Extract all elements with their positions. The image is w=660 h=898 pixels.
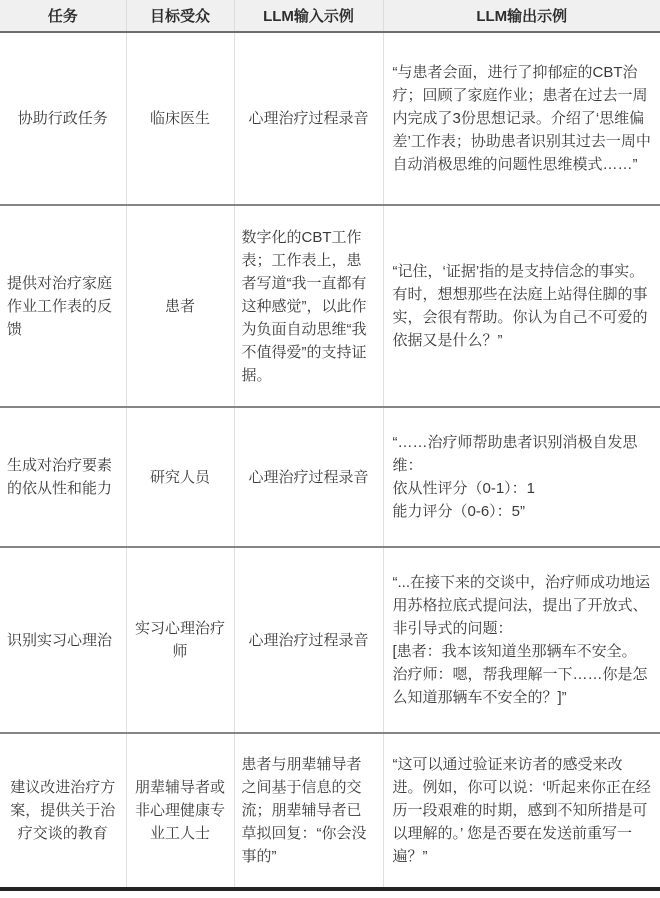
cell-audience: 患者 <box>126 205 234 407</box>
cell-llm-output: “与患者会面，进行了抑郁症的CBT治疗；回顾了家庭作业；患者在过去一周内完成了3… <box>383 32 660 205</box>
table-row: 提供对治疗家庭作业工作表的反馈 患者 数字化的CBT工作表；工作表上，患者写道“… <box>0 205 660 407</box>
cell-task: 协助行政任务 <box>0 32 126 205</box>
table-row: 生成对治疗要素的依从性和能力 研究人员 心理治疗过程录音 “……治疗师帮助患者识… <box>0 407 660 547</box>
cell-audience: 研究人员 <box>126 407 234 547</box>
cell-llm-input: 患者与朋辈辅导者之间基于信息的交流；朋辈辅导者已草拟回复：“你会没事的” <box>234 733 383 889</box>
cell-llm-input: 心理治疗过程录音 <box>234 547 383 733</box>
cell-llm-output: “……治疗师帮助患者识别消极自发思维： 依从性评分（0-1）：1 能力评分（0-… <box>383 407 660 547</box>
cell-llm-output: “...在接下来的交谈中，治疗师成功地运用苏格拉底式提问法，提出了开放式、非引导… <box>383 547 660 733</box>
table-row: 识别实习心理治 实习心理治疗师 心理治疗过程录音 “...在接下来的交谈中，治疗… <box>0 547 660 733</box>
cell-llm-input: 心理治疗过程录音 <box>234 32 383 205</box>
cell-task: 提供对治疗家庭作业工作表的反馈 <box>0 205 126 407</box>
cell-llm-input: 数字化的CBT工作表；工作表上，患者写道“我一直都有这种感觉”，以此作为负面自动… <box>234 205 383 407</box>
table-header-row: 任务 目标受众 LLM输入示例 LLM输出示例 <box>0 0 660 32</box>
cell-audience: 朋辈辅导者或非心理健康专业工人士 <box>126 733 234 889</box>
col-header-llm-output: LLM输出示例 <box>383 0 660 32</box>
cell-task: 识别实习心理治 <box>0 547 126 733</box>
table-row: 建议改进治疗方案，提供关于治疗交谈的教育 朋辈辅导者或非心理健康专业工人士 患者… <box>0 733 660 889</box>
cell-llm-input: 心理治疗过程录音 <box>234 407 383 547</box>
cell-llm-output: “这可以通过验证来访者的感受来改进。例如，你可以说：‘听起来你正在经历一段艰难的… <box>383 733 660 889</box>
col-header-audience: 目标受众 <box>126 0 234 32</box>
cell-task: 生成对治疗要素的依从性和能力 <box>0 407 126 547</box>
llm-examples-table: 任务 目标受众 LLM输入示例 LLM输出示例 协助行政任务 临床医生 心理治疗… <box>0 0 660 891</box>
col-header-task: 任务 <box>0 0 126 32</box>
col-header-llm-input: LLM输入示例 <box>234 0 383 32</box>
cell-task: 建议改进治疗方案，提供关于治疗交谈的教育 <box>0 733 126 889</box>
cell-audience: 实习心理治疗师 <box>126 547 234 733</box>
table-row: 协助行政任务 临床医生 心理治疗过程录音 “与患者会面，进行了抑郁症的CBT治疗… <box>0 32 660 205</box>
cell-audience: 临床医生 <box>126 32 234 205</box>
cell-llm-output: “记住，‘证据’指的是支持信念的事实。有时，想想那些在法庭上站得住脚的事实，会很… <box>383 205 660 407</box>
